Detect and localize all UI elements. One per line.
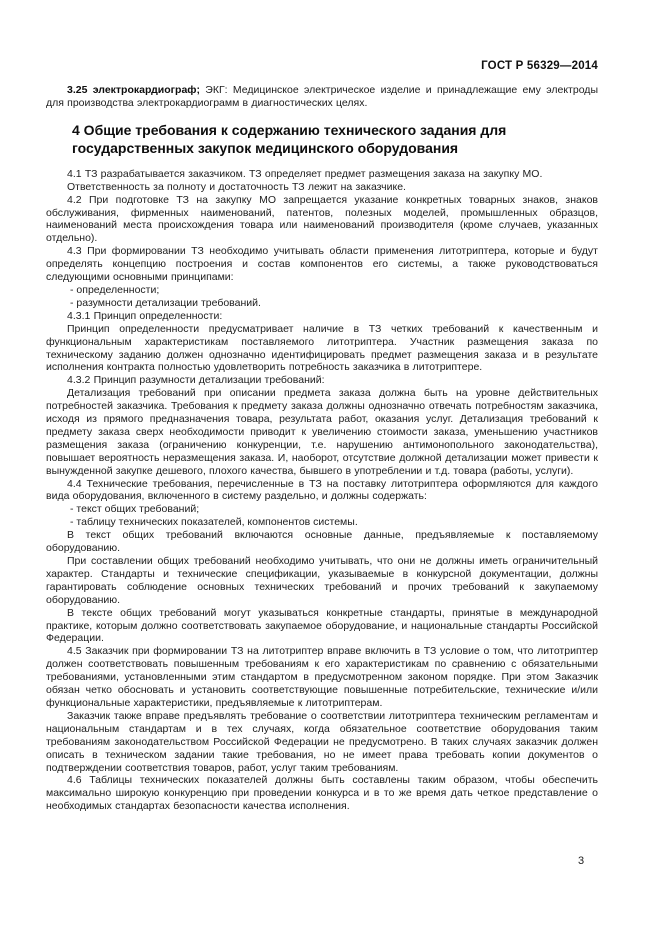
- paragraph-4-3: 4.3 При формировании ТЗ необходимо учиты…: [46, 245, 598, 284]
- paragraph-4-3-1-title: 4.3.1 Принцип определенности:: [46, 310, 598, 323]
- paragraph-4-2: 4.2 При подготовке ТЗ на закупку МО запр…: [46, 194, 598, 246]
- list-item-reasonable-detail: - разумности детализации требований.: [46, 297, 598, 310]
- paragraph-4-3-2-title: 4.3.2 Принцип разумности детализации тре…: [46, 374, 598, 387]
- paragraph-4-1-cont: Ответственность за полноту и достаточнос…: [46, 181, 598, 194]
- definition-paragraph: 3.25 электрокардиограф; ЭКГ: Медицинское…: [46, 84, 598, 110]
- list-item-technical-indicators-table: - таблицу технических показателей, компо…: [46, 516, 598, 529]
- paragraph-4-6: 4.6 Таблицы технических показателей долж…: [46, 774, 598, 813]
- paragraph-general-requirements-limits: При составлении общих требований необход…: [46, 555, 598, 607]
- paragraph-4-4: 4.4 Технические требования, перечисленны…: [46, 478, 598, 504]
- definition-term: 3.25 электрокардиограф;: [67, 84, 200, 96]
- list-item-certainty: - определенности;: [46, 284, 598, 297]
- document-page: ГОСТ Р 56329—2014 3.25 электрокардиограф…: [0, 0, 661, 936]
- running-header-doc-code: ГОСТ Р 56329—2014: [46, 60, 598, 72]
- paragraph-4-3-1-body: Принцип определенности предусматривает н…: [46, 323, 598, 375]
- page-content: 3.25 электрокардиограф; ЭКГ: Медицинское…: [46, 84, 598, 813]
- paragraph-4-3-2-body: Детализация требований при описании пред…: [46, 387, 598, 477]
- paragraph-4-5-cont: Заказчик также вправе предъявлять требов…: [46, 710, 598, 775]
- paragraph-general-requirements-standards: В тексте общих требований могут указыват…: [46, 607, 598, 646]
- paragraph-general-requirements-intro: В текст общих требований включаются осно…: [46, 529, 598, 555]
- paragraph-4-5: 4.5 Заказчик при формировании ТЗ на лито…: [46, 645, 598, 710]
- section-heading: 4 Общие требования к содержанию техничес…: [46, 121, 598, 158]
- page-number: 3: [578, 855, 584, 867]
- paragraph-4-1: 4.1 ТЗ разрабатывается заказчиком. ТЗ оп…: [46, 168, 598, 181]
- list-item-general-requirements-text: - текст общих требований;: [46, 503, 598, 516]
